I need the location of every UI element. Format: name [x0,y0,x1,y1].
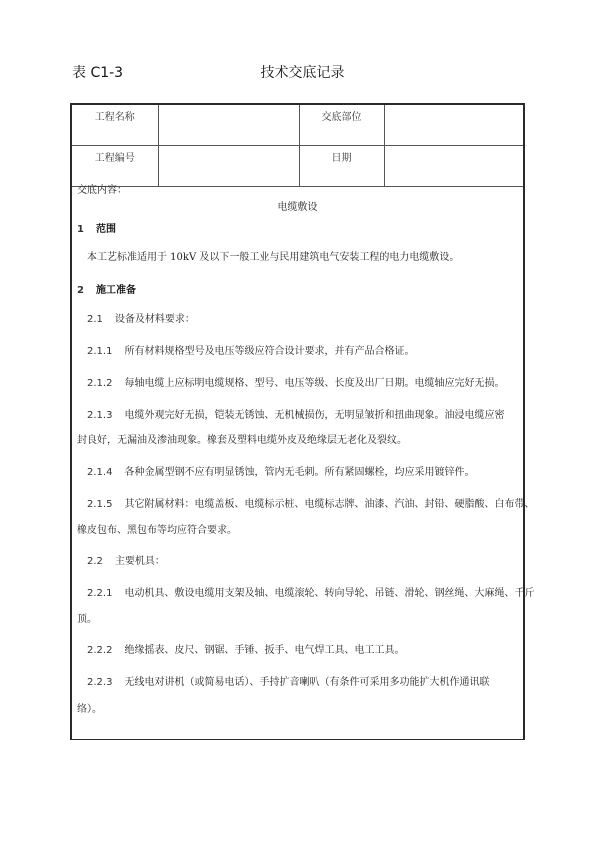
list-item: 2.1.1所有材料规格型号及电压等级应符合设计要求，并有产品合格证。 [87,342,518,357]
list-item: 2.1.4各种金属型钢不应有明显锈蚀，管内无毛刺。所有紧固螺栓，均应采用镀锌件。 [87,463,518,478]
project-name-label: 工程名称 [72,105,158,146]
project-info-table: 工程名称 交底部位 工程编号 日期 [72,105,523,187]
list-item: 2.1.3电缆外观完好无损，铠装无锈蚀、无机械损伤，无明显皱折和扭曲现象。油浸电… [87,406,518,421]
section-heading: 2施工准备 [77,281,518,296]
handover-location-label: 交底部位 [299,105,384,146]
content-label: 交底内容： [77,181,518,196]
project-name-field[interactable] [158,105,299,146]
list-item: 2.2.2绝缘摇表、皮尺、钢锯、手锤、扳手、电气焊工具、电工工具。 [87,641,518,656]
list-item-continuation: 络）。 [77,700,518,715]
list-item-continuation: 顶。 [77,610,518,625]
subsection-heading: 2.1设备及材料要求： [87,310,518,325]
subsection-heading: 2.2主要机具： [87,552,518,567]
paragraph: 本工艺标准适用于 10kV 及以下一般工业与民用建筑电气安装工程的电力电缆敷设。 [87,248,518,263]
content-subject: 电缆敷设 [77,198,518,213]
handover-location-field[interactable] [384,105,523,146]
list-item: 2.1.2每轴电缆上应标明电缆规格、型号、电压等级、长度及出厂日期。电缆轴应完好… [87,374,518,389]
document-title: 技术交底记录 [0,62,595,82]
record-sheet: 工程名称 交底部位 工程编号 日期 交底内容： 电缆敷设 1范围 本工艺标准适用… [70,103,525,740]
list-item: 2.2.1电动机具、敷设电缆用支架及轴、电缆滚轮、转向导轮、吊链、滑轮、钢丝绳、… [87,584,518,599]
list-item-continuation: 橡皮包布、黑包布等均应符合要求。 [77,521,518,536]
list-item: 2.2.3无线电对讲机（或简易电话）、手持扩音喇叭（有条件可采用多功能扩大机作通… [87,673,518,688]
section-heading: 1范围 [77,220,518,235]
table-row: 工程名称 交底部位 [72,105,523,146]
list-item-continuation: 封良好，无漏油及渗油现象。橡套及塑料电缆外皮及绝缘层无老化及裂纹。 [77,431,518,446]
handover-content: 交底内容： 电缆敷设 1范围 本工艺标准适用于 10kV 及以下一般工业与民用建… [72,180,523,739]
list-item: 2.1.5其它附属材料：电缆盖板、电缆标示桩、电缆标志牌、油漆、汽油、封铅、硬脂… [87,495,518,510]
